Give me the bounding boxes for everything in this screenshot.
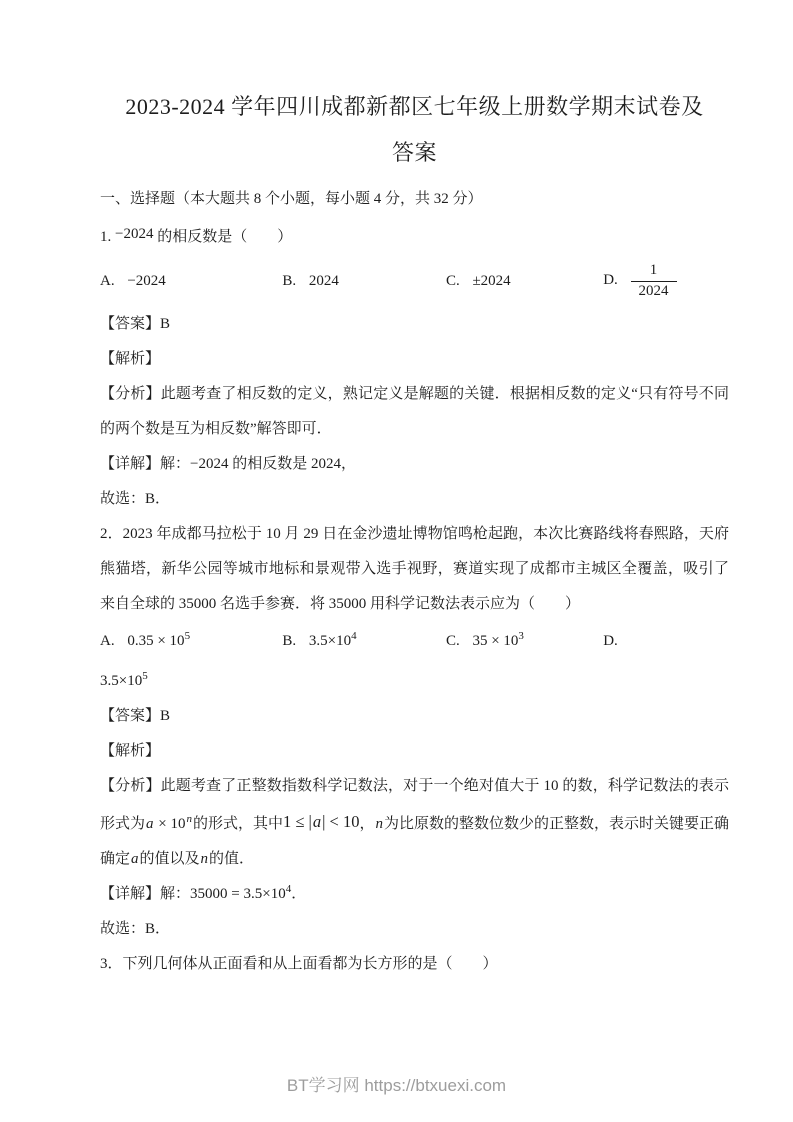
- q2-option-d-base: 3.5×10: [100, 673, 142, 689]
- q1-analysis-label: 【分析】: [100, 386, 161, 402]
- q2-analysis-var-n3: n: [200, 851, 210, 867]
- q2-analysis-label: 【分析】: [100, 778, 161, 794]
- q1-option-a-value: −2024: [127, 273, 165, 289]
- q1-option-c: C. ±2024: [446, 273, 603, 290]
- q1-option-b: B. 2024: [282, 273, 446, 290]
- q2-analysis-var-n2: n: [374, 816, 384, 832]
- watermark-footer: BT学习网 https://btxuexi.com: [0, 1071, 793, 1096]
- q2-option-d-value: 3.5×105: [100, 664, 729, 699]
- q2-analysis-exp-n: n: [185, 813, 193, 825]
- q1-stem-text: 的相反数是（ ）: [157, 229, 292, 245]
- q1-detail-text: 解：−2024 的相反数是 2024，: [160, 456, 356, 472]
- q1-stem: 1. −2024 的相反数是（ ）: [100, 217, 729, 255]
- q1-option-d-label: D.: [603, 272, 618, 289]
- q2-analysis-inequality: 1 ≤ |a| < 10: [283, 812, 359, 831]
- q2-option-c-label: C.: [446, 622, 460, 660]
- q1-detail: 【详解】解：−2024 的相反数是 2024，: [100, 447, 729, 482]
- q2-option-c-value: 35 × 103: [472, 633, 523, 649]
- q2-analysis-ineq-pre: 1 ≤ |: [283, 812, 312, 831]
- document-title: 2023-2024 学年四川成都新都区七年级上册数学期末试卷及 答案: [100, 84, 729, 176]
- q2-detail-math-base: 35000 = 3.5×10: [190, 886, 286, 902]
- q2-option-a-label: A.: [100, 622, 115, 660]
- q1-option-a-label: A.: [100, 273, 115, 290]
- q2-answer-value: B: [160, 708, 170, 724]
- q2-option-c-exponent: 3: [518, 630, 524, 642]
- q2-option-b: B. 3.5×104: [282, 622, 446, 660]
- q2-option-c: C. 35 × 103: [446, 622, 603, 660]
- q1-options: A. −2024 B. 2024 C. ±2024 D. 1 2024: [100, 255, 729, 307]
- q2-options: A. 0.35 × 105 B. 3.5×104 C. 35 × 103 D.: [100, 622, 729, 660]
- q2-answer-line: 【答案】B: [100, 699, 729, 734]
- q2-analysis-ineq-a: a: [312, 812, 322, 831]
- q2-analysis-ineq-post: | < 10: [322, 812, 359, 831]
- q2-answer-label: 【答案】: [100, 708, 160, 724]
- exam-document-page: 2023-2024 学年四川成都新都区七年级上册数学期末试卷及 答案 一、选择题…: [0, 0, 793, 1122]
- q1-option-c-value: ±2024: [472, 273, 510, 289]
- q1-option-d: D. 1 2024: [603, 261, 729, 301]
- q1-conclusion: 故选：B．: [100, 482, 729, 517]
- q1-option-c-label: C.: [446, 273, 460, 290]
- q1-option-d-denominator: 2024: [631, 281, 677, 302]
- q2-option-a-exponent: 5: [185, 630, 191, 642]
- q2-analysis-text6: 的值．: [209, 851, 254, 867]
- q2-option-b-exponent: 4: [351, 630, 357, 642]
- q2-analysis-var-a2: a: [130, 851, 140, 867]
- q2-option-b-base: 3.5×10: [309, 633, 351, 649]
- q1-number: 1.: [100, 229, 111, 245]
- q1-option-a: A. −2024: [100, 273, 282, 290]
- q2-analysis-text2: 的形式，其中: [193, 816, 283, 832]
- q2-detail: 【详解】解：35000 = 3.5×104．: [100, 877, 729, 912]
- q2-analysis-text5: 的值以及: [140, 851, 200, 867]
- q1-option-d-fraction: 1 2024: [631, 261, 677, 301]
- q2-option-b-label: B.: [282, 622, 296, 660]
- document-content: 2023-2024 学年四川成都新都区七年级上册数学期末试卷及 答案 一、选择题…: [0, 0, 793, 982]
- q1-analysis: 【分析】此题考查了相反数的定义，熟记定义是解题的关键．根据相反数的定义“只有符号…: [100, 377, 729, 447]
- q2-conclusion: 故选：B．: [100, 912, 729, 947]
- q2-analysis: 【分析】此题考查了正整数指数科学记数法，对于一个绝对值大于 10 的数，科学记数…: [100, 769, 729, 877]
- q3-stem: 3．下列几何体从正面看和从上面看都为长方形的是（ ）: [100, 947, 729, 982]
- section-heading: 一、选择题（本大题共 8 个小题，每小题 4 分，共 32 分）: [100, 182, 729, 217]
- q2-detail-pre: 解：: [160, 886, 190, 902]
- q2-option-d-label: D.: [603, 622, 618, 660]
- q2-option-a: A. 0.35 × 105: [100, 622, 282, 660]
- q1-answer-label: 【答案】: [100, 316, 160, 332]
- q2-analysis-header: 【解析】: [100, 734, 729, 769]
- document-title-line1: 2023-2024 学年四川成都新都区七年级上册数学期末试卷及: [100, 84, 729, 130]
- q2-analysis-var-a: a: [145, 816, 155, 832]
- q1-option-b-value: 2024: [309, 273, 339, 289]
- q1-stem-math: −2024: [115, 226, 153, 242]
- q2-option-d-math: 3.5×105: [100, 673, 148, 689]
- q1-detail-label: 【详解】: [100, 456, 160, 472]
- q2-detail-math: 35000 = 3.5×104: [190, 886, 291, 902]
- q1-analysis-text: 此题考查了相反数的定义，熟记定义是解题的关键．根据相反数的定义“只有符号不同的两…: [100, 386, 729, 437]
- document-title-line2: 答案: [100, 130, 729, 176]
- q2-detail-post: ．: [291, 886, 306, 902]
- q2-option-d: D.: [603, 622, 729, 660]
- q2-stem: 2．2023 年成都马拉松于 10 月 29 日在金沙遗址博物馆鸣枪起跑，本次比…: [100, 517, 729, 622]
- q2-option-d-exponent: 5: [142, 670, 148, 682]
- q2-option-a-value: 0.35 × 105: [127, 633, 190, 649]
- q2-option-b-value: 3.5×104: [309, 633, 357, 649]
- q1-answer-value: B: [160, 316, 170, 332]
- q1-answer-line: 【答案】B: [100, 307, 729, 342]
- q2-analysis-text3: ，: [359, 816, 374, 832]
- q1-analysis-header: 【解析】: [100, 342, 729, 377]
- q2-analysis-times10: × 10: [155, 816, 186, 832]
- q2-option-a-base: 0.35 × 10: [127, 633, 184, 649]
- q2-option-c-base: 35 × 10: [472, 633, 518, 649]
- q1-option-b-label: B.: [282, 273, 296, 290]
- q2-analysis-formula: a × 10n: [145, 816, 193, 832]
- q1-option-d-numerator: 1: [631, 261, 677, 281]
- q2-detail-label: 【详解】: [100, 886, 160, 902]
